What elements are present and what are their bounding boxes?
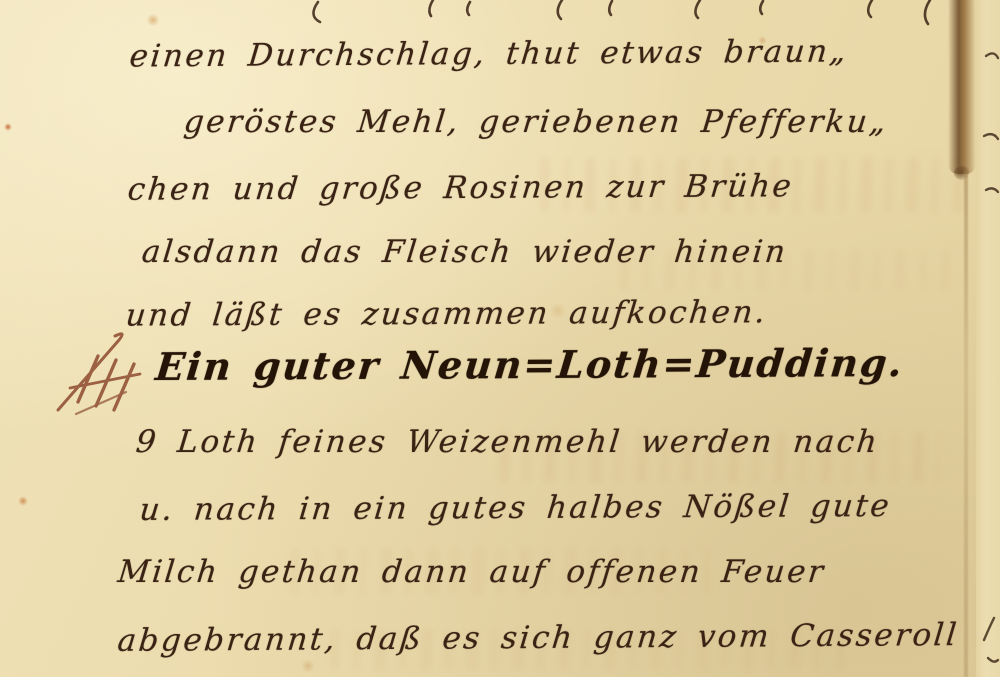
cut-off-line-fragments (0, 0, 1000, 30)
page-edge-shadow (948, 0, 976, 174)
manuscript-line: 9 Loth feines Weizenmehl werden nach (134, 424, 881, 460)
margin-tally-mark (40, 322, 200, 432)
paper-crease (964, 170, 968, 677)
manuscript-photo: einen Durchschlag, thut etwas braun„ ger… (0, 0, 1000, 677)
foxing-spot (18, 496, 28, 506)
foxing-spot (4, 123, 12, 131)
manuscript-line: einen Durchschlag, thut etwas braun„ (128, 33, 850, 74)
manuscript-line: Milch gethan dann auf offenen Feuer (116, 554, 827, 590)
foxing-spot (300, 660, 316, 672)
manuscript-line: geröstes Mehl, geriebenen Pfefferku„ (182, 104, 890, 140)
adjacent-page-ink-fragments (978, 0, 1000, 677)
manuscript-line: chen und große Rosinen zur Brühe (126, 168, 795, 207)
manuscript-line: alsdann das Fleisch wieder hinein (140, 234, 789, 270)
manuscript-line: abgebrannt, daß es sich ganz vom Cassero… (116, 617, 960, 659)
manuscript-line: und läßt es zusammen aufkochen. (124, 294, 769, 333)
manuscript-line: u. nach in ein gutes halbes Nößel gute (138, 488, 893, 528)
recipe-heading: Ein guter Neun=Loth=Pudding. (154, 340, 907, 389)
